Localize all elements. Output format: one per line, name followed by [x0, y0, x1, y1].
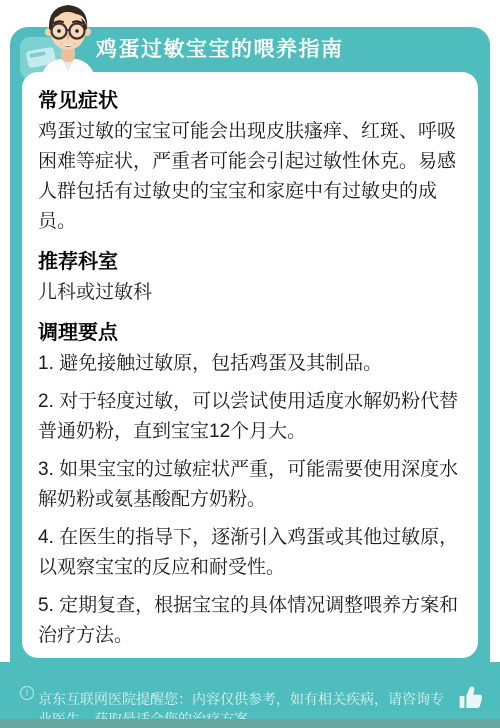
bottom-shadow-strip: [0, 719, 500, 728]
section-heading-symptoms: 常见症状: [38, 84, 462, 113]
section-heading-department: 推荐科室: [38, 245, 462, 274]
care-list-item: 2. 对于轻度过敏，可以尝试使用适度水解奶粉代替普通奶粉，直到宝宝12个月大。: [38, 387, 462, 447]
thumbs-up-icon[interactable]: [456, 682, 488, 714]
care-list-item: 4. 在医生的指导下，逐渐引入鸡蛋或其他过敏原，以观察宝宝的反应和耐受性。: [38, 523, 462, 583]
symptoms-text: 鸡蛋过敏的宝宝可能会出现皮肤瘙痒、红斑、呼吸困难等症状，严重者可能会引起过敏性休…: [38, 117, 462, 237]
care-list-item: 1. 避免接触过敏原，包括鸡蛋及其制品。: [38, 349, 462, 379]
section-heading-care: 调理要点: [38, 316, 462, 345]
care-list-item: 5. 定期复查，根据宝宝的具体情况调整喂养方案和治疗方法。: [38, 591, 462, 651]
page-title: 鸡蛋过敏宝宝的喂养指南: [96, 33, 344, 63]
department-text: 儿科或过敏科: [38, 278, 462, 308]
info-icon: !: [20, 686, 34, 700]
guide-content: 常见症状 鸡蛋过敏的宝宝可能会出现皮肤瘙痒、红斑、呼吸困难等症状，严重者可能会引…: [22, 72, 478, 658]
guide-card: 鸡蛋过敏宝宝的喂养指南 常见症状 鸡蛋过敏的宝宝可能会出现皮肤瘙痒、红斑、呼吸困…: [10, 27, 490, 679]
care-list-item: 3. 如果宝宝的过敏症状严重，可能需要使用深度水解奶粉或氨基酸配方奶粉。: [38, 455, 462, 515]
health-guide-screen: 鸡蛋过敏宝宝的喂养指南 常见症状 鸡蛋过敏的宝宝可能会出现皮肤瘙痒、红斑、呼吸困…: [0, 0, 500, 728]
